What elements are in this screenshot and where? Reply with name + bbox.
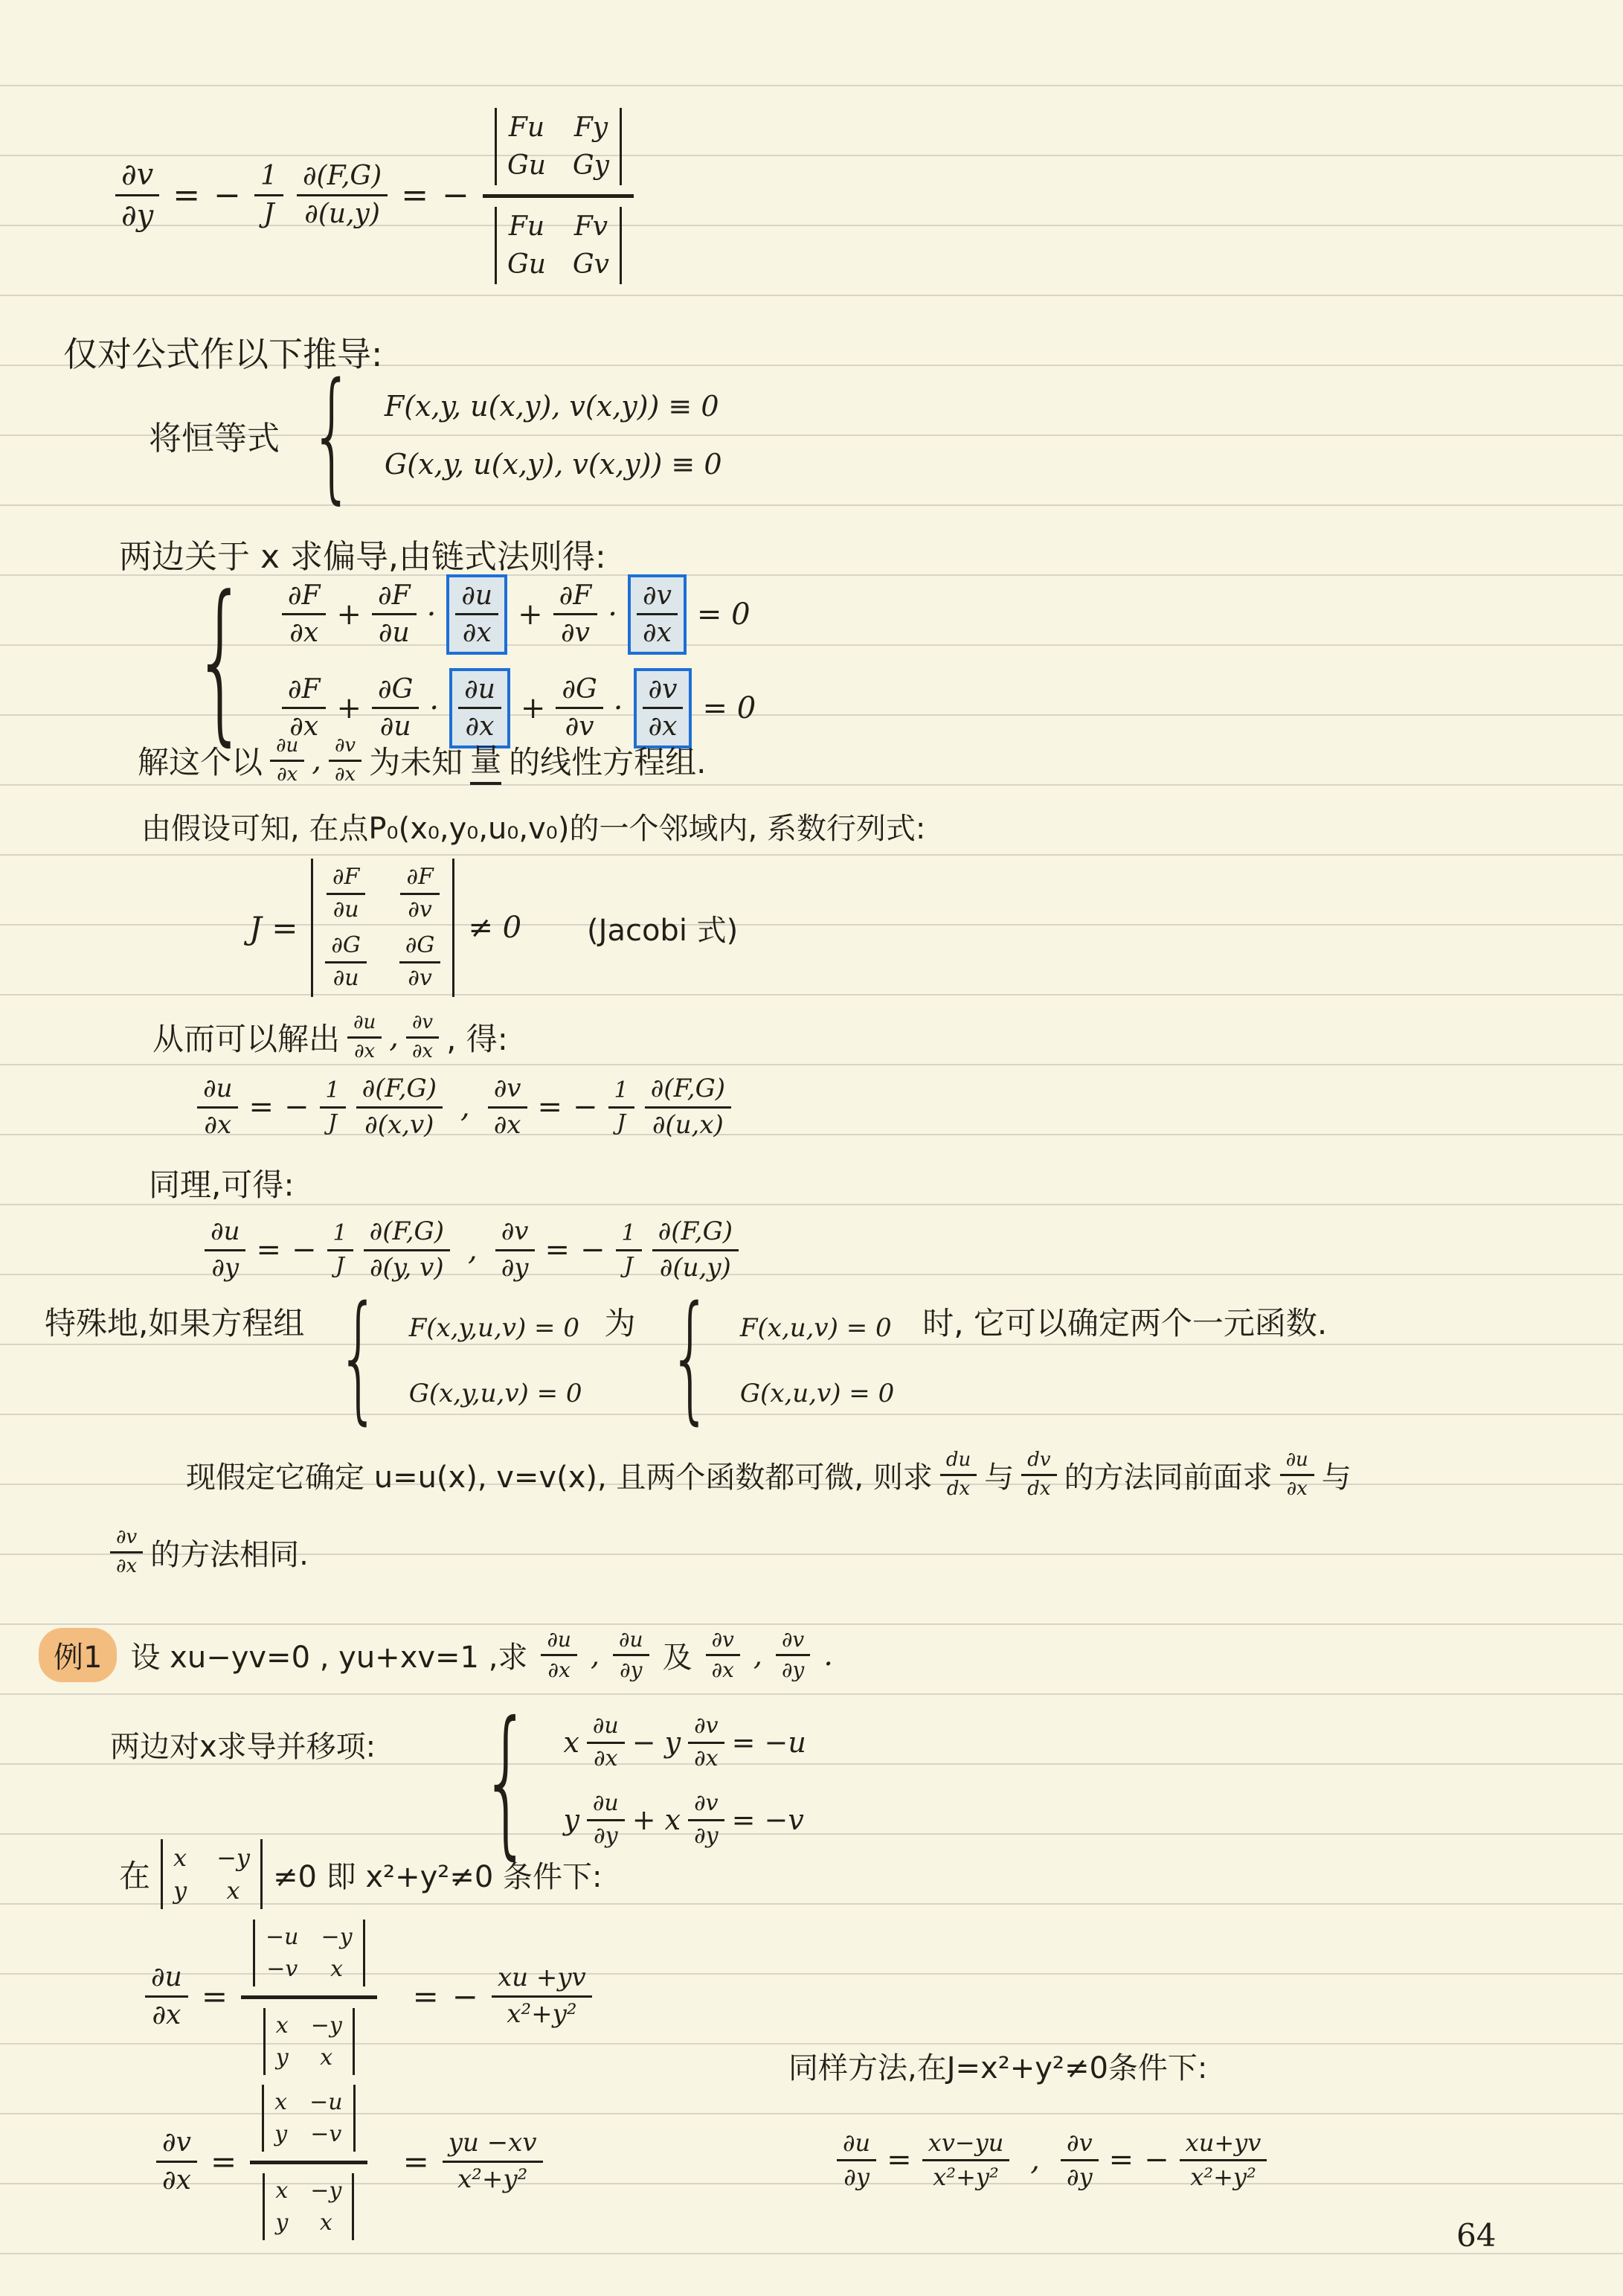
fraction-result: xu+yvx²+y²: [1180, 2129, 1267, 2191]
fraction-jacobian: ∂(F,G)∂(y, v): [364, 1217, 450, 1282]
numerator: ∂u: [145, 1962, 188, 1997]
det-cell: x: [275, 2178, 288, 2204]
text: 的方法相同.: [150, 1531, 309, 1574]
rhs: = −u: [732, 1726, 806, 1759]
denominator: J: [328, 1109, 337, 1137]
similarly-heading: 同理,可得:: [149, 1161, 295, 1205]
differentiate-heading: 两边对x求导并移项:: [110, 1723, 376, 1766]
numerator: ∂u: [455, 580, 498, 615]
same-method-heading: 同样方法,在J=x²+y²≠0条件下:: [788, 2045, 1207, 2087]
determinant: FuFv GuGv: [495, 207, 622, 284]
denominator: ∂x: [643, 615, 672, 648]
fraction-result: xu +yvx²+y²: [492, 1963, 592, 2028]
determinant: x−u y−v: [262, 2085, 355, 2152]
denominator: x²+y²: [507, 1998, 576, 2029]
neighborhood-note: 由假设可知, 在点P₀(x₀,y₀,u₀,v₀)的一个邻域内, 系数行列式:: [141, 805, 925, 847]
fraction: ∂G∂v: [556, 674, 602, 743]
numerator: ∂v: [156, 2127, 197, 2162]
fraction-dv-dx: ∂v∂x: [706, 1628, 740, 1682]
equation: G(x,y,u,v) = 0: [409, 1379, 582, 1408]
fraction-dv-dx: ∂v∂x: [329, 735, 361, 786]
fraction-pu-px: ∂u∂x: [1280, 1449, 1314, 1501]
comma: ,: [468, 1233, 478, 1267]
fraction-one-over-j: 1J: [254, 161, 283, 229]
minus-sign: −: [452, 1978, 478, 2015]
du-dy-dv-dy-results: ∂u∂y = xv−yux²+y² , ∂v∂y = − xu+yvx²+y²: [837, 2111, 1267, 2208]
text: ≠0 即 x²+y²≠0 条件下:: [273, 1853, 602, 1896]
numerator: ∂u: [541, 1628, 577, 1656]
notebook-page: ∂v∂y = − 1J ∂(F,G)∂(u,y) = − FuFy GuGy F…: [0, 0, 1623, 2296]
plus-sign: +: [521, 691, 546, 725]
jacobian-definition: J = ∂F∂u ∂F∂v ∂G∂u ∂G∂v ≠ 0 (Jacobi 式): [249, 857, 738, 998]
numerator: ∂F: [372, 580, 417, 615]
equals-sign: =: [413, 1978, 439, 2015]
system-label: 将恒等式: [149, 411, 280, 459]
fraction-du-dy: ∂u∂y: [613, 1628, 649, 1682]
one-variable-note-line1: 现假定它确定 u=u(x), v=v(x), 且两个函数都可微, 则求 dudx…: [186, 1449, 1352, 1501]
denominator: ∂v: [561, 615, 590, 648]
denominator: ∂y: [843, 2161, 870, 2191]
numerator: ∂v: [706, 1628, 740, 1656]
term: + x: [632, 1803, 681, 1836]
minus-sign: −: [580, 1233, 605, 1267]
equation: G(x,u,v) = 0: [740, 1379, 894, 1408]
numerator: ∂(F,G): [364, 1217, 450, 1251]
du-dy-dv-dy-formulas: ∂u∂y = − 1J ∂(F,G)∂(y, v) , ∂v∂y = − 1J …: [205, 1205, 739, 1295]
denominator: x²+y²: [933, 2161, 999, 2191]
fraction-dv-dx: ∂v∂x: [637, 580, 678, 649]
jacobi-label: (Jacobi 式): [587, 907, 738, 949]
numerator: ∂u: [458, 674, 501, 709]
determinant: x−y yx: [263, 2173, 354, 2240]
determinant: x−y yx: [263, 2008, 355, 2075]
numerator: ∂G: [556, 674, 602, 709]
determinant: x−y yx: [161, 1839, 263, 1909]
fraction-jacobian: ∂(F,G)∂(x,v): [356, 1074, 443, 1139]
denominator: ∂x: [463, 615, 492, 648]
text: 现假定它确定 u=u(x), v=v(x), 且两个函数都可微, 则求: [186, 1454, 933, 1496]
solve-linear-system-note: 解这个以 ∂u∂x , ∂v∂x 为未知量的线性方程组.: [138, 735, 706, 786]
denominator: J: [263, 196, 274, 229]
fraction-dv-dy: ∂v∂y: [1061, 2129, 1099, 2191]
det-cell: x: [321, 1956, 352, 1982]
equation: F(x,y,u,v) = 0: [409, 1313, 582, 1343]
equation-1: x ∂u∂x − y ∂v∂x = −u: [563, 1713, 806, 1771]
fraction-jacobian: ∂(F,G)∂(u,x): [645, 1074, 731, 1139]
term: − y: [632, 1726, 681, 1759]
numerator: ∂u: [587, 1713, 625, 1744]
du-dx-solution: ∂u∂x = −u−y −vx x−y yx = − xu +yvx²+y²: [145, 1911, 592, 2082]
fraction-du-dx: ∂u∂x: [541, 1628, 577, 1682]
numerator: 1: [327, 1221, 353, 1251]
numerator: ∂v: [115, 158, 159, 196]
det-cell: x: [310, 2210, 341, 2236]
identity-equation-f: F(x,y, u(x,y), v(x,y)) ≡ 0: [385, 390, 722, 423]
text: 及: [663, 1634, 692, 1676]
fraction-du-dy: ∂u∂y: [837, 2129, 876, 2191]
denominator: ∂v: [408, 895, 431, 923]
numerator: dv: [1021, 1449, 1056, 1476]
fraction: ∂F∂u: [325, 865, 366, 923]
denominator: ∂x: [1287, 1476, 1308, 1501]
det-cell: Fv: [573, 211, 609, 242]
minus-sign: −: [292, 1233, 317, 1267]
numerator: ∂v: [688, 1791, 724, 1821]
numerator: 1: [608, 1078, 634, 1109]
denominator: ∂x: [335, 762, 356, 786]
text: 设 xu−yv=0 , yu+xv=1 ,求: [130, 1634, 527, 1676]
denominator: x²+y²: [1190, 2161, 1256, 2191]
det-cell: x: [216, 1876, 250, 1905]
numerator: ∂v: [488, 1074, 527, 1108]
equals-sign: =: [173, 176, 200, 214]
one-variable-note-line2: ∂v∂x 的方法相同.: [110, 1527, 309, 1578]
numerator: ∂F: [327, 865, 365, 895]
plus-sign: +: [518, 597, 543, 632]
fraction-dv-dx: ∂v∂x: [406, 1012, 439, 1063]
fraction-jacobian: ∂(F,G)∂(u,y): [297, 161, 388, 229]
fraction-jacobian: ∂(F,G)∂(u,y): [652, 1217, 739, 1282]
numerator: xu+yv: [1180, 2129, 1267, 2161]
comma: ,: [389, 1020, 399, 1054]
denominator: ∂u: [333, 895, 359, 923]
numerator: ∂(F,G): [297, 161, 388, 196]
numerator: ∂v: [495, 1217, 535, 1251]
det-cell: y: [173, 1876, 187, 1905]
numerator: ∂(F,G): [645, 1074, 731, 1108]
determinant-condition: 在 x−y yx ≠0 即 x²+y²≠0 条件下:: [119, 1839, 602, 1909]
determinant-ratio: FuFy GuGy FuFv GuGv: [483, 106, 634, 284]
numerator: ∂u: [613, 1628, 649, 1656]
chain-rule-heading: 两边关于 x 求偏导,由链式法则得:: [119, 530, 606, 577]
numerator: xu +yv: [492, 1963, 592, 1997]
denominator: ∂x: [494, 1109, 521, 1140]
fraction-one-over-j: 1J: [608, 1078, 634, 1136]
chain-rule-system: { ∂F∂x + ∂F∂u · ∂u∂x + ∂F∂v · ∂v∂x = 0 ∂…: [165, 574, 756, 748]
denominator: J: [624, 1251, 633, 1280]
det-cell: −y: [310, 2178, 341, 2204]
denominator: ∂x: [289, 615, 318, 648]
text: 为: [605, 1293, 636, 1344]
numerator: ∂v: [1061, 2129, 1099, 2161]
det-cell: x: [276, 2013, 289, 2039]
numerator: ∂v: [406, 1012, 439, 1039]
period: .: [823, 1638, 833, 1673]
text: 为未知: [369, 738, 463, 783]
denominator: ∂u: [379, 615, 410, 648]
det-cell: Gu: [507, 249, 546, 280]
numerator: ∂G: [399, 933, 440, 963]
determinant-ratio: x−u y−v x−y yx: [250, 2083, 367, 2240]
jacobian-lhs: J =: [249, 910, 298, 946]
fraction: ∂F∂v: [553, 580, 598, 649]
det-cell: −y: [321, 1924, 352, 1950]
equals-sign: =: [210, 2143, 237, 2180]
comma: ,: [753, 1639, 762, 1672]
identity-equation-g: G(x,y, u(x,y), v(x,y)) ≡ 0: [385, 448, 722, 481]
minus-sign: −: [284, 1090, 309, 1124]
det-cell: −v: [309, 2121, 342, 2147]
det-cell: Fu: [507, 211, 546, 242]
page-number: 64: [1456, 2217, 1496, 2254]
fraction-dv-dy: ∂v∂y: [688, 1791, 724, 1849]
not-equal-zero: ≠ 0: [468, 911, 521, 945]
equation: F(x,u,v) = 0: [740, 1313, 894, 1343]
denominator: ∂y: [211, 1251, 239, 1283]
dv-dx-solution: ∂v∂x = x−u y−v x−y yx = yu −xvx²+y²: [156, 2076, 543, 2247]
det-cell: x: [173, 1844, 187, 1872]
fraction: ∂F∂x: [282, 580, 327, 649]
denominator: ∂x: [548, 1656, 571, 1682]
fraction-du-dx: ∂u∂x: [145, 1962, 188, 2030]
numerator: ∂F: [282, 674, 327, 709]
minus-sign: −: [1144, 2143, 1169, 2177]
dot-operator: ·: [614, 691, 623, 725]
det-cell: y: [275, 2210, 288, 2236]
dot-operator: ·: [429, 691, 439, 725]
fraction-one-over-j: 1J: [616, 1221, 642, 1279]
equals-sign: =: [202, 1978, 228, 2015]
det-cell: Fu: [507, 112, 546, 143]
determinant: FuFy GuGy: [495, 108, 622, 185]
equals-zero: = 0: [702, 691, 756, 725]
denominator: dx: [1027, 1476, 1050, 1501]
solve-out-note: 从而可以解出 ∂u∂x , ∂v∂x , 得:: [152, 1012, 508, 1063]
numerator: du: [940, 1449, 977, 1476]
denominator: ∂x: [354, 1039, 375, 1063]
brace: {: [481, 1707, 532, 1856]
numerator: xv−yu: [922, 2129, 1010, 2161]
det-cell: Gu: [507, 150, 546, 181]
formula-dv-dy: ∂v∂y = − 1J ∂(F,G)∂(u,y) = − FuFy GuGy F…: [115, 83, 634, 307]
text: , 得:: [446, 1015, 508, 1059]
denominator: dx: [947, 1476, 970, 1501]
text: 的线性方程组.: [509, 738, 706, 783]
comma: ,: [591, 1639, 600, 1672]
minus-sign: −: [573, 1090, 598, 1124]
numerator: ∂v: [110, 1527, 143, 1553]
determinant: −u−y −vx: [253, 1920, 365, 1986]
det-cell: Fy: [573, 112, 609, 143]
denominator: ∂y: [694, 1821, 718, 1850]
denominator: ∂x: [152, 1998, 181, 2030]
det-cell: −u: [266, 1924, 298, 1950]
det-cell: −v: [266, 1956, 298, 1982]
numerator: ∂v: [776, 1628, 810, 1656]
rhs: = −v: [732, 1803, 804, 1836]
denominator: ∂y: [782, 1656, 804, 1682]
brace: {: [193, 581, 248, 741]
system-xyuv: { F(x,y,u,v) = 0 G(x,y,u,v) = 0: [315, 1293, 582, 1420]
numerator: ∂F: [282, 580, 327, 615]
fraction-dv-dy: ∂v∂y: [776, 1628, 810, 1682]
chain-rule-equation-1: ∂F∂x + ∂F∂u · ∂u∂x + ∂F∂v · ∂v∂x = 0: [282, 574, 756, 655]
det-cell: x: [274, 2089, 287, 2115]
jacobian-determinant: ∂F∂u ∂F∂v ∂G∂u ∂G∂v: [311, 859, 454, 997]
equals-sign: =: [403, 2143, 429, 2180]
denominator: x²+y²: [457, 2163, 527, 2194]
minus-sign: −: [442, 176, 469, 214]
equals-sign: =: [248, 1090, 274, 1124]
fraction-dv-dx: ∂v∂x: [643, 674, 684, 743]
fraction-dv-dy: ∂v∂y: [115, 158, 159, 233]
det-cell: −y: [311, 2013, 342, 2039]
plus-sign: +: [336, 691, 361, 725]
equals-zero: = 0: [697, 597, 751, 632]
fraction-result: yu −xvx²+y²: [443, 2129, 543, 2193]
numerator: ∂u: [270, 735, 304, 762]
fraction-pv-px: ∂v∂x: [110, 1527, 143, 1578]
denominator: ∂y: [121, 196, 153, 233]
comma: ,: [1030, 2143, 1040, 2177]
denominator: ∂x: [594, 1744, 617, 1772]
numerator: ∂(F,G): [356, 1074, 443, 1108]
text: 从而可以解出: [152, 1015, 340, 1059]
numerator: yu −xv: [443, 2129, 543, 2162]
fraction: ∂F∂u: [372, 580, 417, 649]
fraction-du-dx: ∂u∂x: [270, 735, 304, 786]
denominator: ∂x: [412, 1039, 433, 1063]
denominator: J: [335, 1251, 344, 1280]
det-cell: −y: [216, 1844, 250, 1872]
fraction-du-dx: ∂u∂x: [347, 1012, 382, 1063]
equals-sign: =: [401, 176, 428, 214]
text: 在: [119, 1852, 150, 1896]
system-xuv: { F(x,u,v) = 0 G(x,u,v) = 0: [646, 1293, 895, 1420]
text: 特殊地,如果方程组: [45, 1293, 304, 1344]
numerator: ∂v: [637, 580, 678, 615]
text: 与: [984, 1454, 1014, 1496]
numerator: ∂F: [400, 865, 439, 895]
fraction-du-dy: ∂u∂y: [205, 1217, 245, 1282]
text-underlined: 量: [470, 736, 501, 785]
equals-sign: =: [545, 1233, 571, 1267]
text: 解这个以: [138, 738, 263, 783]
det-cell: y: [274, 2121, 287, 2147]
numerator: 1: [616, 1221, 642, 1251]
numerator: ∂G: [372, 674, 419, 709]
numerator: ∂u: [587, 1791, 625, 1821]
fraction-one-over-j: 1J: [320, 1078, 346, 1136]
dot-operator: ·: [427, 597, 437, 632]
text: 与: [1322, 1454, 1352, 1496]
denominator: ∂x: [694, 1744, 718, 1772]
det-cell: y: [276, 2045, 289, 2071]
equals-sign: =: [256, 1233, 281, 1267]
fraction-du-dx: ∂u∂x: [197, 1074, 238, 1139]
denominator: ∂x: [162, 2163, 191, 2196]
comma: ,: [460, 1090, 470, 1124]
fraction: ∂G∂u: [372, 674, 419, 743]
denominator: ∂(u,y): [304, 196, 380, 229]
highlight-box-blue: ∂u∂x: [446, 574, 507, 655]
numerator: ∂(F,G): [652, 1217, 739, 1251]
denominator: ∂y: [620, 1656, 642, 1682]
fraction-dv-dx: ∂v∂x: [156, 2127, 197, 2196]
numerator: 1: [254, 161, 283, 196]
denominator: ∂x: [277, 762, 298, 786]
numerator: ∂G: [325, 933, 366, 963]
fraction-dv-dx: ∂v∂x: [488, 1074, 527, 1139]
comma: ,: [312, 743, 321, 777]
numerator: ∂v: [329, 735, 361, 762]
example-line: 例1 设 xu−yv=0 , yu+xv=1 ,求 ∂u∂x , ∂u∂y 及 …: [39, 1628, 833, 1682]
fraction-du-dx: ∂u∂x: [455, 580, 498, 649]
equals-sign: =: [1109, 2143, 1134, 2177]
denominator: ∂y: [501, 1251, 529, 1283]
fraction: ∂F∂x: [282, 674, 327, 743]
denominator: ∂(y, v): [370, 1251, 444, 1283]
plus-sign: +: [336, 597, 361, 632]
det-cell: x: [311, 2045, 342, 2071]
numerator: ∂v: [643, 674, 684, 709]
denominator: ∂x: [116, 1553, 137, 1578]
denominator: ∂(x,v): [364, 1109, 434, 1140]
equals-sign: =: [538, 1090, 563, 1124]
numerator: 1: [320, 1078, 346, 1109]
term: y: [563, 1803, 579, 1836]
numerator: ∂u: [837, 2129, 876, 2161]
denominator: ∂v: [408, 963, 431, 992]
minus-sign: −: [213, 176, 241, 214]
denominator: ∂x: [204, 1109, 231, 1140]
fraction-dv-dx: dvdx: [1021, 1449, 1056, 1501]
determinant-ratio: −u−y −vx x−y yx: [241, 1918, 377, 2075]
text: 的方法同前面求: [1064, 1454, 1273, 1496]
numerator: ∂v: [688, 1713, 724, 1744]
fraction: ∂F∂v: [399, 865, 440, 923]
fraction-one-over-j: 1J: [327, 1221, 353, 1279]
denominator: ∂u: [333, 963, 359, 992]
denominator: J: [617, 1109, 626, 1137]
numerator: ∂u: [197, 1074, 238, 1108]
numerator: ∂F: [553, 580, 598, 615]
fraction: ∂G∂v: [399, 933, 440, 991]
numerator: ∂u: [205, 1217, 245, 1251]
fraction-dv-dx: ∂v∂x: [688, 1713, 724, 1771]
fraction: ∂G∂u: [325, 933, 366, 991]
numerator: ∂u: [1280, 1449, 1314, 1476]
highlight-box-blue: ∂v∂x: [628, 574, 687, 655]
fraction-dv-dy: ∂v∂y: [495, 1217, 535, 1282]
det-cell: Gv: [573, 249, 609, 280]
example-derivative-system: { x ∂u∂x − y ∂v∂x = −u y ∂u∂y + x ∂v∂y =…: [455, 1707, 806, 1856]
special-case-line: 特殊地,如果方程组 { F(x,y,u,v) = 0 G(x,y,u,v) = …: [45, 1293, 1327, 1420]
du-dx-dv-dx-formulas: ∂u∂x = − 1J ∂(F,G)∂(x,v) , ∂v∂x = − 1J ∂…: [197, 1062, 731, 1152]
denominator: ∂y: [1067, 2161, 1093, 2191]
det-cell: Gy: [573, 150, 609, 181]
numerator: ∂u: [347, 1012, 382, 1039]
fraction-du-dx: ∂u∂x: [458, 674, 501, 743]
brace: {: [668, 1293, 712, 1420]
denominator: ∂(u,x): [652, 1109, 724, 1140]
det-cell: −u: [309, 2089, 342, 2115]
fraction-result: xv−yux²+y²: [922, 2129, 1010, 2191]
term: x: [563, 1726, 579, 1759]
example-badge: 例1: [39, 1628, 117, 1682]
denominator: ∂x: [712, 1656, 734, 1682]
brace: {: [337, 1293, 381, 1420]
text: 时, 它可以确定两个一元函数.: [922, 1293, 1327, 1344]
dot-operator: ·: [608, 597, 617, 632]
fraction-du-dx: ∂u∂x: [587, 1713, 625, 1771]
identity-system: 将恒等式 { F(x,y, u(x,y), v(x,y)) ≡ 0 G(x,y,…: [149, 371, 722, 501]
equals-sign: =: [887, 2143, 912, 2177]
fraction-du-dx: dudx: [940, 1449, 977, 1501]
brace: {: [309, 371, 354, 501]
